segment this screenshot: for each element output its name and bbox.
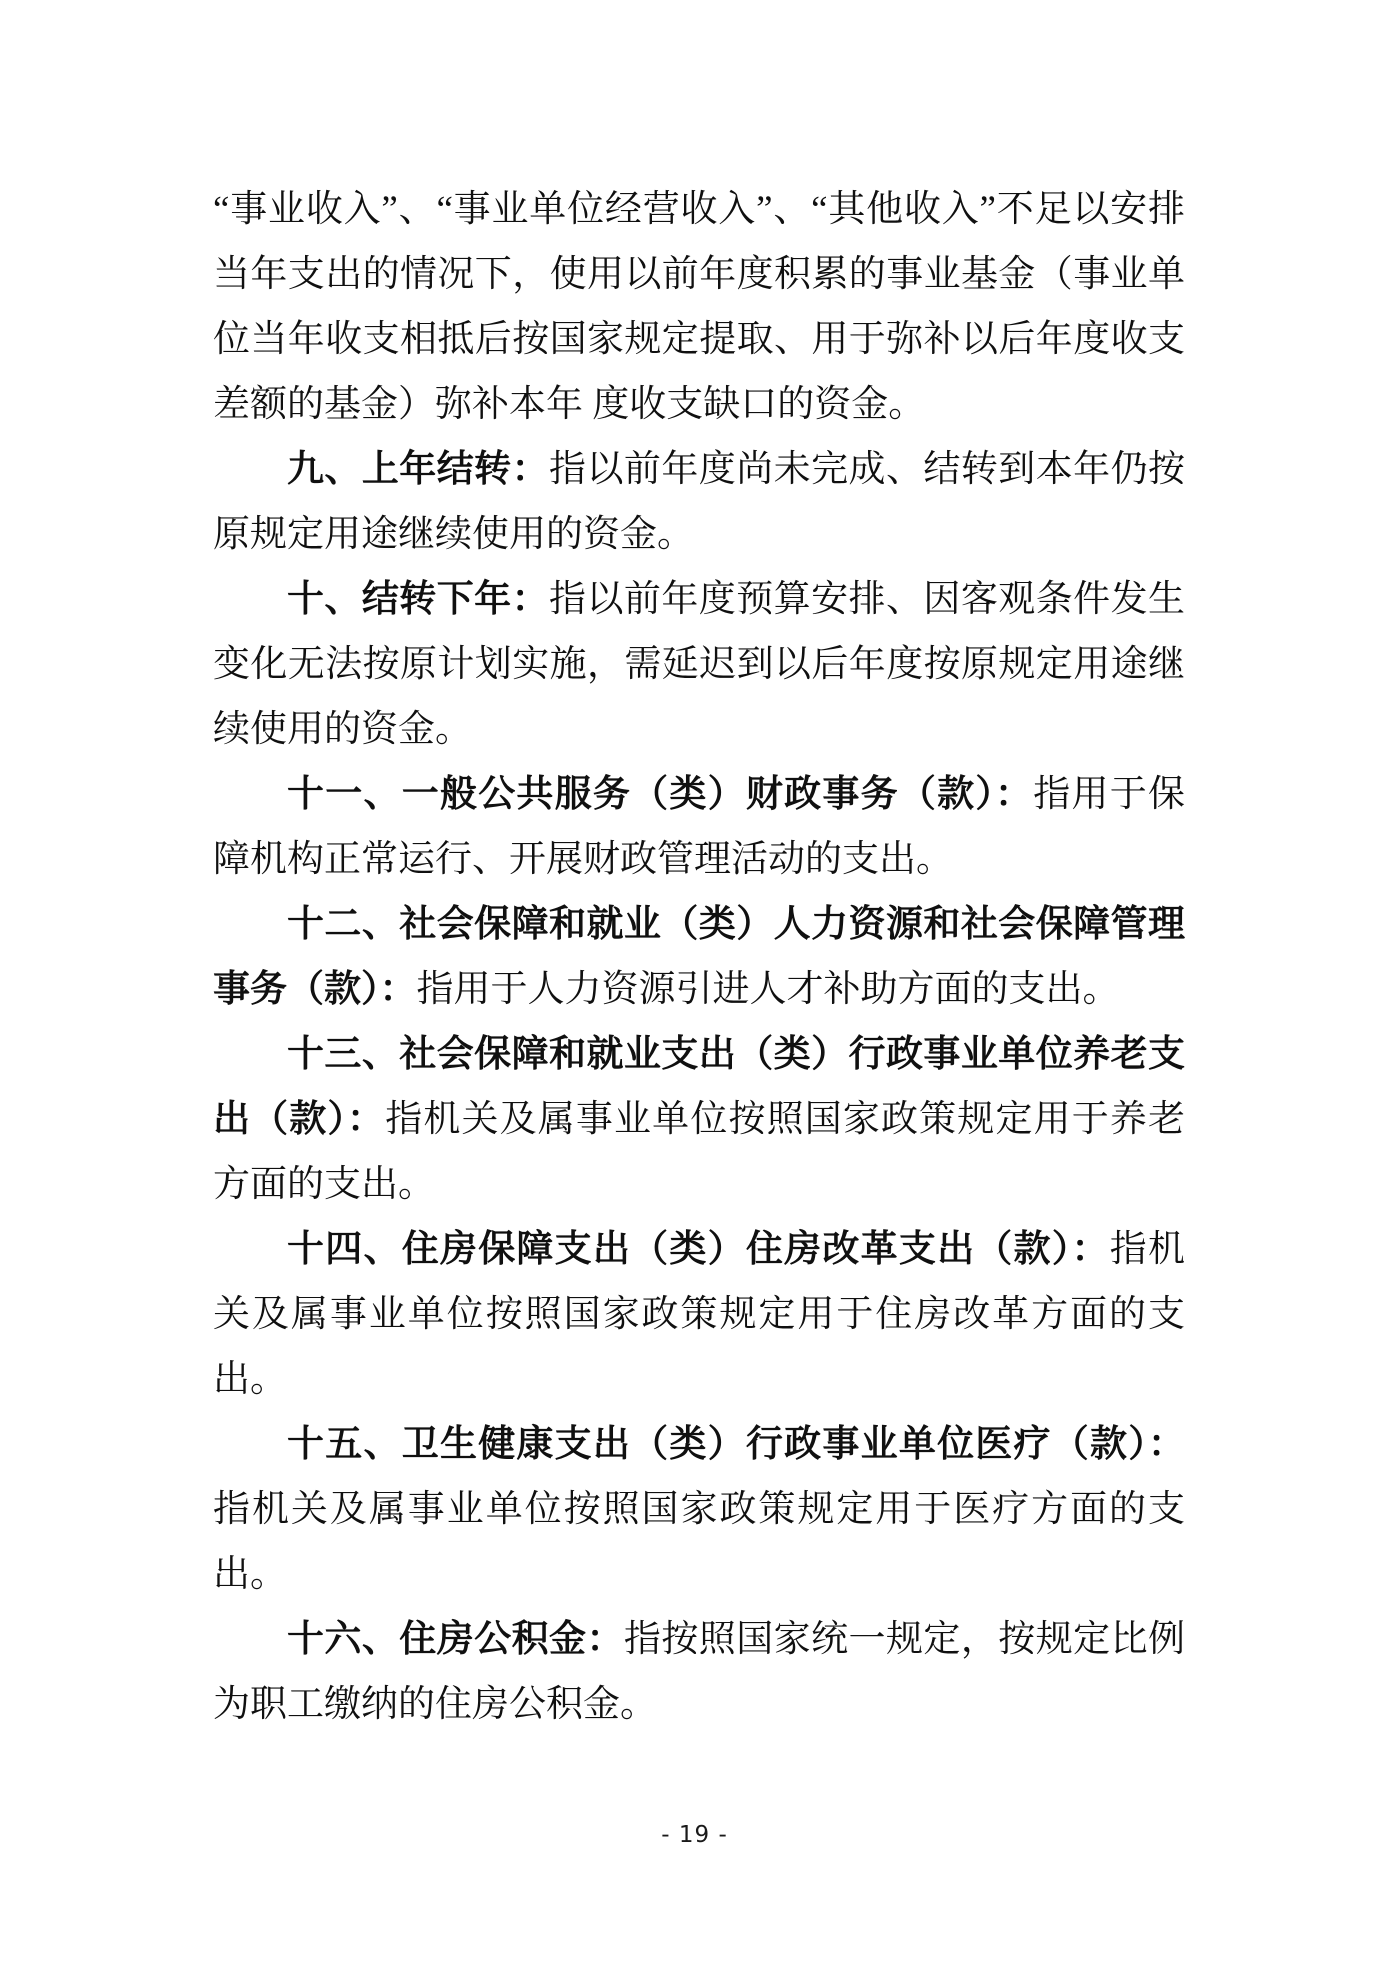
paragraph: 十三、社会保障和就业支出（类）行政事业单位养老支出（款）：指机关及属事业单位按照… [213,1022,1185,1217]
paragraph: 十四、住房保障支出（类）住房改革支出（款）：指机关及属事业单位按照国家政策规定用… [213,1217,1185,1412]
paragraph: 十一、一般公共服务（类）财政事务（款）：指用于保障机构正常运行、开展财政管理活动… [213,762,1185,892]
paragraph: 十二、社会保障和就业（类）人力资源和社会保障管理事务（款）：指用于人力资源引进人… [213,892,1185,1022]
term-heading-run: 九、上年结转： [287,449,549,490]
term-heading-run: 十五、卫生健康支出（类）行政事业单位医疗（款）： [287,1424,1185,1465]
text-run: 指机关及属事业单位按照国家政策规定用于医疗方面的支出。 [213,1489,1185,1595]
term-heading-run: 十、结转下年： [287,579,549,620]
term-heading-run: 十四、住房保障支出（类）住房改革支出（款）： [287,1229,1110,1270]
document-page: “事业收入”、“事业单位经营收入”、“其他收入”不足以安排当年支出的情况下，使用… [0,0,1389,1964]
document-body: “事业收入”、“事业单位经营收入”、“其他收入”不足以安排当年支出的情况下，使用… [213,177,1185,1737]
term-heading-run: 十一、一般公共服务（类）财政事务（款）： [287,774,1033,815]
paragraph: 十、结转下年：指以前年度预算安排、因客观条件发生变化无法按原计划实施，需延迟到以… [213,567,1185,762]
paragraph: 十五、卫生健康支出（类）行政事业单位医疗（款）：指机关及属事业单位按照国家政策规… [213,1412,1185,1607]
text-run: “事业收入”、“事业单位经营收入”、“其他收入”不足以安排当年支出的情况下，使用… [213,189,1185,425]
page-number: - 19 - [0,1822,1389,1848]
text-run: 指用于人力资源引进人才补助方面的支出。 [417,969,1120,1010]
term-heading-run: 十六、住房公积金： [287,1619,624,1660]
paragraph: 十六、住房公积金：指按照国家统一规定，按规定比例为职工缴纳的住房公积金。 [213,1607,1185,1737]
paragraph: 九、上年结转：指以前年度尚未完成、结转到本年仍按原规定用途继续使用的资金。 [213,437,1185,567]
paragraph: “事业收入”、“事业单位经营收入”、“其他收入”不足以安排当年支出的情况下，使用… [213,177,1185,437]
